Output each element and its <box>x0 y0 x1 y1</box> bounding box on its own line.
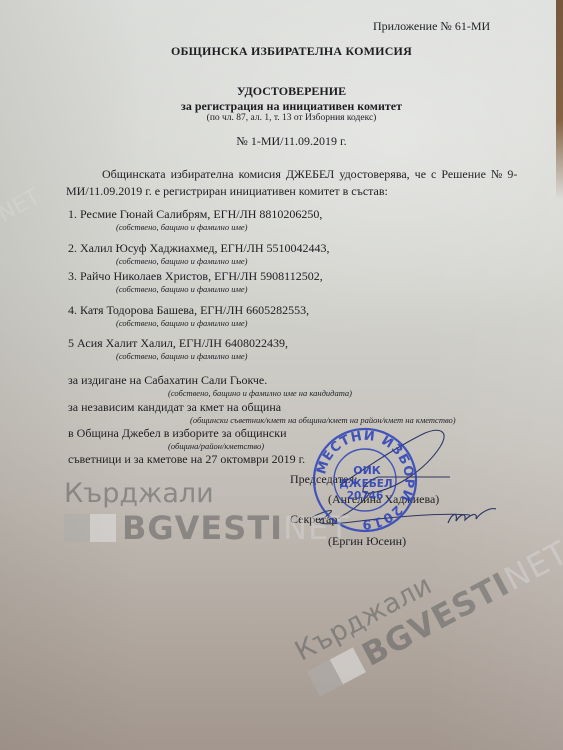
nomination-line: за издигане на Сабахатин Сали Гьокче. <box>68 373 267 388</box>
legal-basis: (по чл. 87, ал. 1, т. 13 от Изборния код… <box>0 113 563 123</box>
watermark-logo-icon <box>307 647 366 696</box>
watermark-logo-icon <box>64 514 116 542</box>
candidacy-hint: (общински съветник/кмет на община/кмет н… <box>190 415 456 425</box>
member-entry: 4. Катя Тодорова Башева, ЕГН/ЛН 66052825… <box>68 303 309 318</box>
member-hint: (собствено, бащино и фамилно име) <box>116 256 247 266</box>
appendix-label: Приложение № 61-МИ <box>373 19 490 34</box>
watermark-brand: BGVESTINET <box>305 533 563 701</box>
candidacy-line: за независим кандидат за кмет на община <box>68 400 281 415</box>
certificate-subtitle: за регистрация на инициативен комитет <box>0 99 563 114</box>
member-entry: 2. Халил Юсуф Хаджиахмед, ЕГН/ЛН 5510042… <box>68 241 330 256</box>
election-line: съветници и за кметове на 27 октомври 20… <box>68 452 305 467</box>
municipality-hint: (община/район/кметство) <box>168 441 264 451</box>
nomination-hint: (собствено, бащино и фамилно име на канд… <box>168 388 352 398</box>
member-entry: 1. Ресмие Гюнай Салибрям, ЕГН/ЛН 8810206… <box>68 207 322 222</box>
svg-text:20746: 20746 <box>347 490 384 502</box>
member-hint: (собствено, бащино и фамилно име) <box>116 222 247 232</box>
svg-text:ДЖЕБЕЛ: ДЖЕБЕЛ <box>339 478 392 490</box>
member-hint: (собствено, бащино и фамилно име) <box>116 284 247 294</box>
member-entry: 3. Райчо Николаев Христов, ЕГН/ЛН 590811… <box>68 269 323 284</box>
watermark-partial: NET <box>0 184 44 227</box>
member-hint: (собствено, бащино и фамилно име) <box>116 351 247 361</box>
intro-line-1: Общинската избирателна комисия ДЖЕБЕЛ уд… <box>102 167 517 182</box>
official-stamp: МЕСТНИ ИЗБОРИ 2019 ОИК ДЖЕБЕЛ 20746 <box>311 426 419 534</box>
member-hint: (собствено, бащино и фамилно име) <box>116 318 247 328</box>
member-entry: 5 Асия Халит Халил, ЕГН/ЛН 6408022439, <box>68 336 288 351</box>
certificate-title: УДОСТОВЕРЕНИЕ <box>0 84 563 99</box>
document-photo: Приложение № 61-МИ ОБЩИНСКА ИЗБИРАТЕЛНА … <box>0 0 563 750</box>
certificate-number: № 1-МИ/11.09.2019 г. <box>0 134 563 149</box>
commission-heading: ОБЩИНСКА ИЗБИРАТЕЛНА КОМИСИЯ <box>0 44 563 59</box>
municipality-line: в Община Джебел в изборите за общински <box>68 426 287 441</box>
intro-line-2: МИ/11.09.2019 г. е регистриран инициатив… <box>66 184 388 199</box>
svg-text:ОИК: ОИК <box>353 464 381 477</box>
